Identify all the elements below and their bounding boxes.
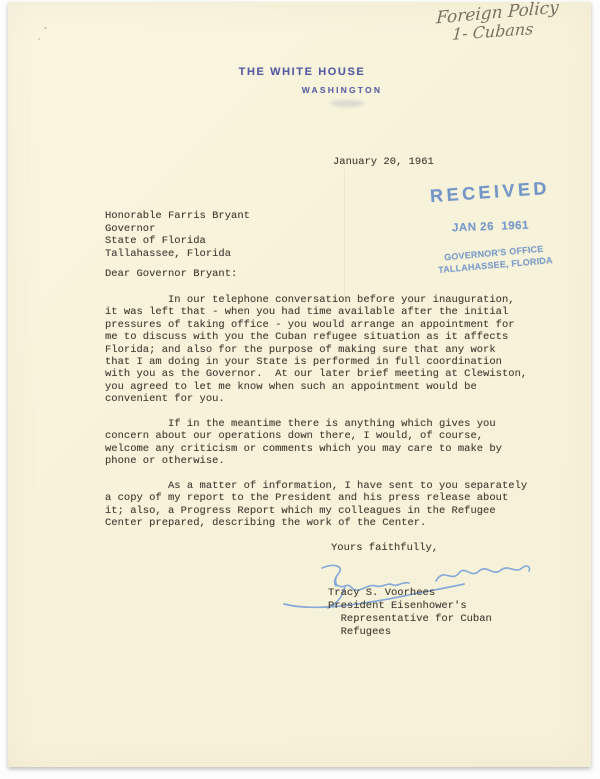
letterhead-title: THE WHITE HOUSE: [202, 66, 402, 78]
text-line: State of Florida: [105, 235, 250, 248]
text-line: concern about our operations down there,…: [105, 430, 502, 442]
closing: Yours faithfully,: [331, 542, 438, 554]
text-line: welcome any criticism or comments which …: [105, 443, 502, 455]
text-line: pressures of taking office - you would a…: [105, 319, 527, 331]
text-line: As a matter of information, I have sent …: [105, 480, 527, 492]
text-line: it was left that - when you had time ava…: [105, 306, 527, 318]
text-line: Honorable Farris Bryant: [105, 210, 250, 223]
text-line: President Eisenhower's: [328, 600, 492, 613]
letterhead-subtitle: WASHINGTON: [262, 85, 422, 95]
body-paragraph-2: If in the meantime there is anything whi…: [105, 418, 502, 468]
text-line: Tallahassee, Florida: [105, 248, 250, 261]
text-line: If in the meantime there is anything whi…: [105, 418, 502, 430]
text-line: it; also, a Progress Report which my col…: [105, 505, 527, 517]
recipient-address: Honorable Farris BryantGovernorState of …: [105, 210, 250, 261]
text-line: me to discuss with you the Cuban refugee…: [105, 331, 527, 343]
letter-date: January 20, 1961: [333, 156, 434, 168]
letter-scan: Foreign Policy 1- Cubans THE WHITE HOUSE…: [0, 0, 600, 779]
body-paragraph-1: In our telephone conversation before you…: [105, 294, 527, 406]
text-line: Representative for Cuban: [328, 613, 492, 626]
letterhead-smudge: [330, 100, 364, 107]
text-line: that I am doing in your State is perform…: [105, 356, 527, 368]
paper-crease: [344, 168, 345, 298]
text-line: with you as the Governor. At our later b…: [105, 368, 527, 380]
paper-speck: [38, 38, 40, 40]
text-line: Governor: [105, 223, 250, 236]
body-paragraph-3: As a matter of information, I have sent …: [105, 480, 527, 530]
paper-speck: [44, 27, 47, 29]
text-line: you agreed to let me know when such an a…: [105, 381, 527, 393]
text-line: a copy of my report to the President and…: [105, 492, 527, 504]
text-line: convenient for you.: [105, 393, 527, 405]
signature-block: Tracy S. VoorheesPresident Eisenhower's …: [328, 587, 492, 639]
text-line: In our telephone conversation before you…: [105, 294, 527, 306]
text-line: Refugees: [328, 626, 492, 639]
text-line: Tracy S. Voorhees: [328, 587, 492, 600]
text-line: phone or otherwise.: [105, 455, 502, 467]
text-line: Center prepared, describing the work of …: [105, 517, 527, 529]
text-line: Florida; and also for the purpose of mak…: [105, 344, 527, 356]
salutation: Dear Governor Bryant:: [105, 268, 237, 280]
